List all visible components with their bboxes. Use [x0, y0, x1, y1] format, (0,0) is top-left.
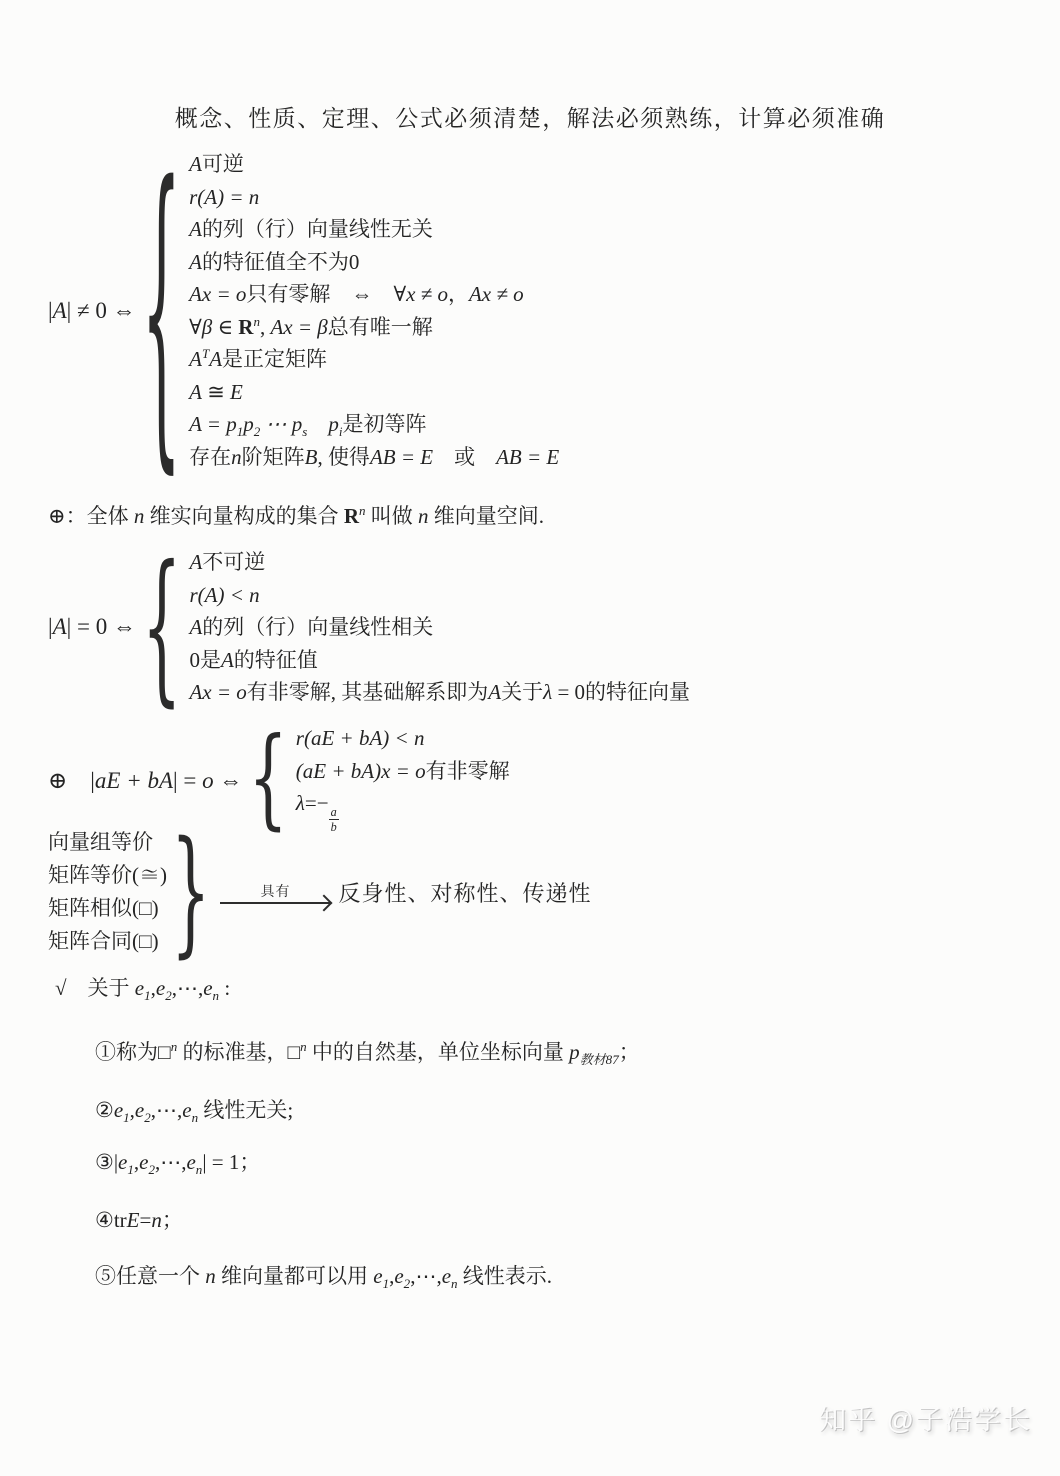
equivalence-item: 矩阵合同(□) — [48, 925, 167, 958]
e-basis-item-5: ⑤任意一个 n 维向量都可以用 e1,e2,⋯,en 线性表示. — [95, 1260, 552, 1290]
formula-line: A不可逆 — [189, 546, 690, 579]
ae-ba-block: ⊕ |aE + bA| = o ⇔ { r(aE + bA) < n (aE +… — [48, 722, 510, 834]
det-zero-lines: A不可逆 r(A) < n A的列（行）向量线性相关 0是A的特征值 Ax = … — [189, 546, 690, 709]
left-brace-icon: { — [248, 724, 287, 833]
formula-line: r(A) = n — [189, 181, 559, 214]
equivalence-item: 向量组等价 — [48, 826, 167, 859]
left-brace-icon: { — [142, 146, 181, 475]
det-zero-lhs: |A| = 0 ⇔ — [48, 614, 136, 640]
e-basis-item-2: ②e1,e2,⋯,en 线性无关; — [95, 1094, 293, 1124]
vector-space-note: ⊕：全体 n 维实向量构成的集合 Rn 叫做 n 维向量空间. — [48, 500, 544, 530]
arrow-label: 具有 — [260, 881, 290, 901]
e-basis-item-1: ①称为□n 的标准基，□n 中的自然基，单位坐标向量 p教材87； — [95, 1036, 640, 1066]
ae-ba-lines: r(aE + bA) < n (aE + bA)x = o有非零解 λ=−ab — [296, 722, 510, 834]
formula-line: Ax = o有非零解, 其基础解系即为A关于λ = 0的特征向量 — [189, 676, 690, 709]
formula-line: A的列（行）向量线性无关 — [189, 213, 559, 246]
det-zero-block: |A| = 0 ⇔ { A不可逆 r(A) < n A的列（行）向量线性相关 0… — [48, 546, 690, 709]
right-arrow-icon — [220, 902, 330, 904]
e-basis-heading: √ 关于 e1,e2,⋯,en : — [55, 972, 230, 1002]
equivalence-item: 矩阵等价(≅) — [48, 859, 167, 892]
formula-line: r(aE + bA) < n — [296, 722, 510, 755]
det-nonzero-block: |A| ≠ 0 ⇔ { A可逆 r(A) = n A的列（行）向量线性无关 A的… — [48, 148, 559, 473]
ae-ba-lhs: ⊕ |aE + bA| = o ⇔ — [48, 762, 242, 795]
formula-line: r(A) < n — [189, 579, 690, 612]
equivalence-item: 矩阵相似(□) — [48, 892, 167, 925]
has-property-arrow: 具有 — [220, 881, 330, 904]
det-nonzero-lines: A可逆 r(A) = n A的列（行）向量线性无关 A的特征值全不为0 Ax =… — [189, 148, 559, 473]
formula-line: A的列（行）向量线性相关 — [189, 611, 690, 644]
right-brace-icon: } — [171, 824, 210, 960]
equivalence-items: 向量组等价 矩阵等价(≅) 矩阵相似(□) 矩阵合同(□) — [48, 826, 167, 958]
equivalence-block: 向量组等价 矩阵等价(≅) 矩阵相似(□) 矩阵合同(□) } 具有 反身性、对… — [48, 826, 591, 958]
zhihu-watermark: 知乎 @子浩学长 — [819, 1398, 1032, 1437]
formula-line: A的特征值全不为0 — [189, 246, 559, 279]
document-page: 概念、性质、定理、公式必须清楚，解法必须熟练，计算必须准确 |A| ≠ 0 ⇔ … — [0, 0, 1060, 1476]
formula-line: (aE + bA)x = o有非零解 — [296, 755, 510, 788]
det-nonzero-lhs: |A| ≠ 0 ⇔ — [48, 298, 136, 324]
formula-line: ∀β ∈ Rn, Ax = β总有唯一解 — [189, 311, 559, 344]
formula-line: Ax = o只有零解 ⇔ ∀x ≠ o，Ax ≠ o — [189, 278, 559, 311]
formula-line: A = p1p2 ⋯ ps pi是初等阵 — [189, 408, 559, 441]
formula-line: A ≅ E — [189, 376, 559, 409]
e-basis-item-3: ③|e1,e2,⋯,en| = 1； — [95, 1146, 260, 1176]
formula-line: 0是A的特征值 — [189, 644, 690, 677]
formula-line: 存在n阶矩阵B, 使得AB = E 或 AB = E — [189, 441, 559, 474]
formula-line: A可逆 — [189, 148, 559, 181]
formula-line: ATA是正定矩阵 — [189, 343, 559, 376]
e-basis-item-4: ④trE=n； — [95, 1204, 183, 1234]
equivalence-result: 反身性、对称性、传递性 — [338, 877, 591, 908]
left-brace-icon: { — [142, 545, 181, 709]
